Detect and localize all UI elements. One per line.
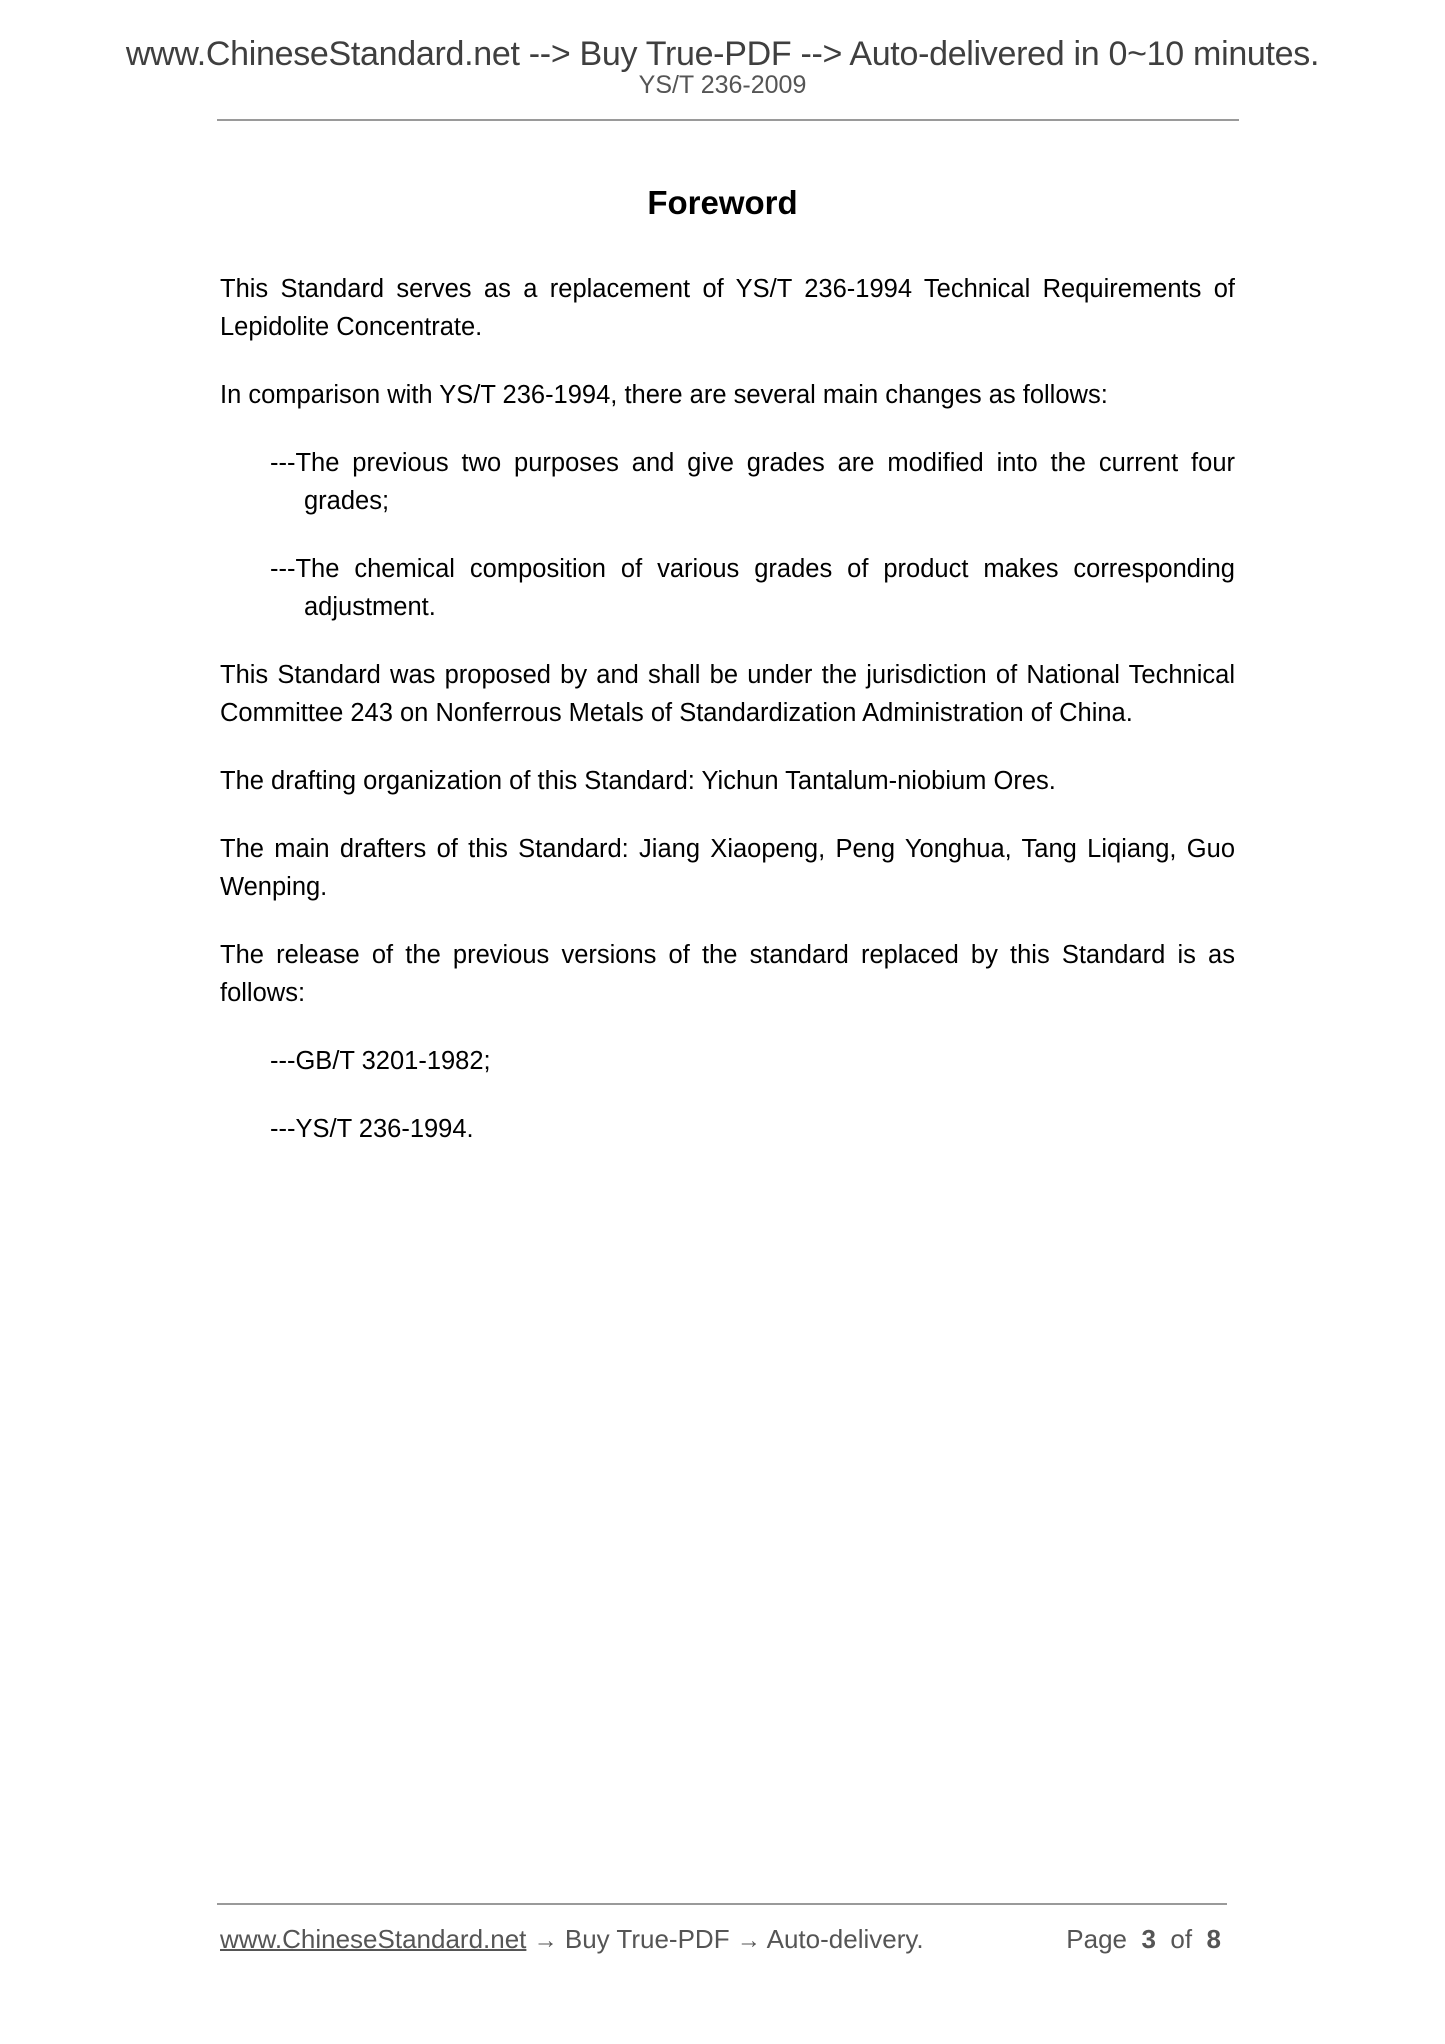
document-code: YS/T 236-2009 bbox=[0, 70, 1445, 100]
change-item: ---The previous two purposes and give gr… bbox=[270, 444, 1235, 520]
footer-divider bbox=[217, 1903, 1227, 1905]
arrow-right-icon: → bbox=[534, 1927, 558, 1954]
paragraph-previous-versions: The release of the previous versions of … bbox=[220, 936, 1235, 1012]
paragraph-drafting-organization: The drafting organization of this Standa… bbox=[220, 762, 1235, 800]
page-label: Page bbox=[1066, 1924, 1127, 1954]
previous-version-item: ---GB/T 3201-1982; bbox=[270, 1042, 1235, 1080]
document-body: This Standard serves as a replacement of… bbox=[220, 270, 1235, 1178]
footer-step-delivery: Auto-delivery. bbox=[767, 1924, 924, 1954]
page-current: 3 bbox=[1141, 1924, 1155, 1954]
previous-version-item: ---YS/T 236-1994. bbox=[270, 1110, 1235, 1148]
page-footer: www.ChineseStandard.net → Buy True-PDF →… bbox=[220, 1921, 1227, 1957]
paragraph-jurisdiction: This Standard was proposed by and shall … bbox=[220, 656, 1235, 732]
page-total: 8 bbox=[1207, 1924, 1221, 1954]
arrow-right-icon: → bbox=[737, 1927, 761, 1954]
paragraph-changes-intro: In comparison with YS/T 236-1994, there … bbox=[220, 376, 1235, 414]
page-of-label: of bbox=[1170, 1924, 1192, 1954]
site-link[interactable]: www.ChineseStandard.net bbox=[220, 1924, 526, 1954]
paragraph-drafters: The main drafters of this Standard: Jian… bbox=[220, 830, 1235, 906]
page-title: Foreword bbox=[0, 183, 1445, 223]
page-number: Page 3 of 8 bbox=[1066, 1921, 1221, 1957]
footer-promo: www.ChineseStandard.net → Buy True-PDF →… bbox=[220, 1921, 924, 1959]
site-banner: www.ChineseStandard.net --> Buy True-PDF… bbox=[0, 34, 1445, 74]
paragraph-replacement: This Standard serves as a replacement of… bbox=[220, 270, 1235, 346]
header-divider bbox=[217, 119, 1239, 121]
change-item: ---The chemical composition of various g… bbox=[270, 550, 1235, 626]
footer-step-buy: Buy True-PDF bbox=[565, 1924, 730, 1954]
